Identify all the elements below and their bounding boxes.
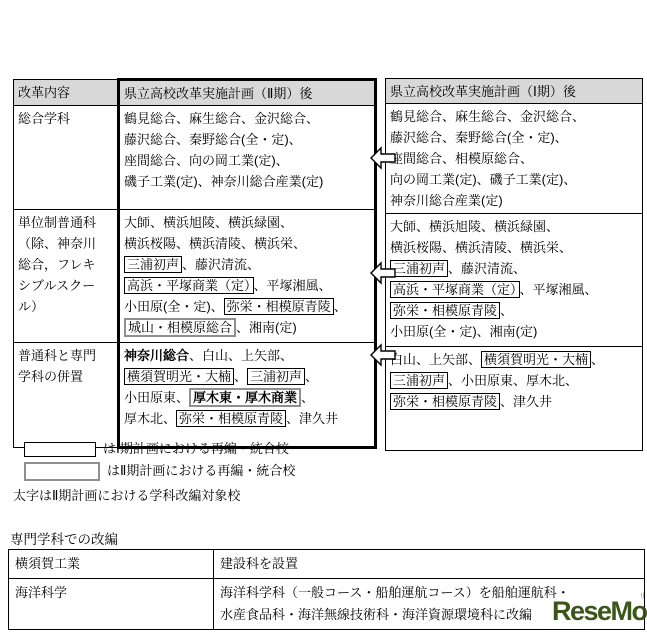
text-line: 神奈川総合、白山、上矢部、: [124, 345, 370, 366]
text-line: 弥栄・相模原青陵、: [390, 300, 638, 321]
boxed-school-phase2: 城山・相模原総合: [124, 318, 236, 337]
school-list-text: 鶴見総合、麻生総合、金沢総合、: [124, 111, 319, 126]
school-list-text: 神奈川総合産業(定): [390, 193, 503, 208]
text-line: 小田原(全・定)、弥栄・相模原青陵、: [124, 296, 370, 317]
header-reform-content: 改革内容: [14, 80, 119, 106]
reform-row: 単位制普通科（除、神奈川総合，フレキシブルスクール）大師、横浜旭陵、横浜緑園、横…: [14, 210, 376, 343]
left-arrow-icon: [369, 259, 396, 287]
category-text: 総合，フレキ: [18, 254, 113, 275]
detail-text: 建設科を設置: [220, 553, 638, 575]
school-list-text: 大師、横浜旭陵、横浜緑園、: [124, 215, 293, 230]
resemom-watermark: リセマム ReseMom.: [552, 596, 647, 627]
legend-phase1: はⅠ期計画における再編・統合校: [24, 440, 289, 458]
school-list-text: 白山、上矢部、: [390, 352, 481, 367]
specialized-section-title: 専門学科での改編: [10, 528, 118, 548]
school-list-text: 、小田原東、厚木北、: [448, 373, 578, 388]
school-list-text: 座間総合、相模原総合、: [390, 151, 533, 166]
school-list-text: 、: [234, 369, 247, 384]
school-list-text: 小田原(全・定)、湘南(定): [390, 324, 537, 339]
school-list-text: 大師、横浜旭陵、横浜緑園、: [390, 219, 559, 234]
boxed-school-phase1: 三浦初声: [247, 368, 305, 385]
text-line: 神奈川総合産業(定): [390, 190, 638, 211]
header-phase2-plan: 県立高校改革実施計画（Ⅱ期）後: [119, 80, 376, 106]
phase1-cell: 鶴見総合、麻生総合、金沢総合、藤沢総合、秦野総合(全・定)、座間総合、相模原総合…: [386, 104, 643, 214]
boxed-school-phase1: 三浦初声: [390, 260, 448, 277]
text-line: 鶴見総合、麻生総合、金沢総合、: [124, 108, 370, 129]
boxed-school-phase1: 三浦初声: [124, 256, 182, 273]
text-line: 白山、上矢部、横須賀明光・大楠、: [390, 349, 638, 370]
school-list-text: 、: [334, 299, 347, 314]
school-list-text: 鶴見総合、麻生総合、金沢総合、: [390, 109, 585, 124]
category-text: 普通科と専門: [18, 345, 113, 366]
left-arrow-icon: [369, 144, 396, 172]
text-line: 城山・相模原総合、湘南(定): [124, 317, 370, 338]
table-header-row: 改革内容 県立高校改革実施計画（Ⅱ期）後: [14, 80, 376, 106]
text-line: 厚木北、弥栄・相模原青陵、津久井: [124, 408, 370, 429]
school-list-text: 、平塚湘風、: [520, 282, 598, 297]
left-arrow-icon: [369, 341, 396, 369]
text-line: 高浜・平塚商業（定）、平塚湘風、: [390, 279, 638, 300]
text-line: 三浦初声、小田原東、厚木北、: [390, 370, 638, 391]
school-list-text: 、白山、上矢部、: [189, 348, 293, 363]
text-line: 小田原(全・定)、湘南(定): [390, 321, 638, 342]
boxed-school-phase1: 弥栄・相模原青陵: [176, 410, 286, 427]
text-line: 磯子工業(定)、神奈川総合産業(定): [124, 171, 370, 192]
category-cell: 普通科と専門学科の併置: [14, 343, 119, 448]
phase1-cell: 大師、横浜旭陵、横浜緑園、横浜桜陽、横浜清陵、横浜栄、三浦初声、藤沢清流、高浜・…: [386, 214, 643, 347]
school-list-text: 、: [305, 369, 318, 384]
text-line: 大師、横浜旭陵、横浜緑園、: [124, 212, 370, 233]
school-list-text: 、: [301, 390, 314, 405]
boxed-school-phase1: 横須賀明光・大楠: [124, 368, 234, 385]
legend-phase2: はⅡ期計画における再編・統合校: [24, 462, 295, 480]
phase2-cell: 神奈川総合、白山、上矢部、横須賀明光・大楠、三浦初声、小田原東、厚木東・厚木商業…: [119, 343, 376, 448]
boxed-bold-school-phase2: 厚木東・厚木商業: [189, 388, 301, 407]
header-phase1-plan: 県立高校改革実施計画（Ⅰ期）後: [386, 79, 643, 104]
school-list-text: 藤沢総合、秦野総合(全・定)、: [124, 132, 302, 147]
school-list-text: 、: [591, 352, 604, 367]
text-line: 三浦初声、藤沢清流、: [390, 258, 638, 279]
school-list-text: 藤沢総合、秦野総合(全・定)、: [390, 130, 568, 145]
category-cell: 総合学科: [14, 106, 119, 210]
legend-phase1-label: はⅠ期計画における再編・統合校: [103, 440, 289, 458]
text-line: 鶴見総合、麻生総合、金沢総合、: [390, 106, 638, 127]
school-list-text: 座間総合、向の岡工業(定)、: [124, 153, 289, 168]
text-line: 藤沢総合、秦野総合(全・定)、: [390, 127, 638, 148]
school-list-text: 向の岡工業(定)、磯子工業(定)、: [390, 172, 576, 187]
document-page: 改革内容 県立高校改革実施計画（Ⅱ期）後 総合学科鶴見総合、麻生総合、金沢総合、…: [0, 0, 647, 638]
text-line: 座間総合、向の岡工業(定)、: [124, 150, 370, 171]
reform-row: 白山、上矢部、横須賀明光・大楠、三浦初声、小田原東、厚木北、弥栄・相模原青陵、津…: [386, 347, 643, 451]
phase2-cell: 大師、横浜旭陵、横浜緑園、横浜桜陽、横浜清陵、横浜栄、三浦初声、藤沢清流、高浜・…: [119, 210, 376, 343]
category-cell: 単位制普通科（除、神奈川総合，フレキシブルスクール）: [14, 210, 119, 343]
bold-school-name: 神奈川総合: [124, 348, 189, 363]
phase2-cell: 鶴見総合、麻生総合、金沢総合、藤沢総合、秦野総合(全・定)、座間総合、向の岡工業…: [119, 106, 376, 210]
reform-row: 大師、横浜旭陵、横浜緑園、横浜桜陽、横浜清陵、横浜栄、三浦初声、藤沢清流、高浜・…: [386, 214, 643, 347]
specialized-row: 海洋科学海洋科学科（一般コース・船舶運航コース）を船舶運航科・水産食品科・海洋無…: [9, 579, 645, 630]
text-line: 高浜・平塚商業（定）、平塚湘風、: [124, 275, 370, 296]
specialized-school-cell: 海洋科学: [9, 579, 214, 630]
school-list-text: 、湘南(定): [236, 320, 297, 335]
boxed-school-phase1: 横須賀明光・大楠: [481, 351, 591, 368]
reform-row: 総合学科鶴見総合、麻生総合、金沢総合、藤沢総合、秦野総合(全・定)、座間総合、向…: [14, 106, 376, 210]
text-line: 向の岡工業(定)、磯子工業(定)、: [390, 169, 638, 190]
specialized-detail-cell: 建設科を設置: [214, 550, 645, 579]
reform-row: 普通科と専門学科の併置神奈川総合、白山、上矢部、横須賀明光・大楠、三浦初声、小田…: [14, 343, 376, 448]
phase1-cell: 白山、上矢部、横須賀明光・大楠、三浦初声、小田原東、厚木北、弥栄・相模原青陵、津…: [386, 347, 643, 451]
school-list-text: 、藤沢清流、: [448, 261, 526, 276]
reform-row: 鶴見総合、麻生総合、金沢総合、藤沢総合、秦野総合(全・定)、座間総合、相模原総合…: [386, 104, 643, 214]
text-line: 弥栄・相模原青陵、津久井: [390, 391, 638, 412]
school-list-text: 厚木北、: [124, 411, 176, 426]
school-list-text: 、: [500, 303, 513, 318]
category-text: ル）: [18, 296, 113, 317]
category-text: （除、神奈川: [18, 233, 113, 254]
legend-phase2-label: はⅡ期計画における再編・統合校: [107, 462, 295, 480]
school-list-text: 磯子工業(定)、神奈川総合産業(定): [124, 174, 323, 189]
resemom-logo: ReseMom.: [552, 596, 647, 626]
boxed-school-phase1: 弥栄・相模原青陵: [390, 393, 500, 410]
school-list-text: 横浜桜陽、横浜清陵、横浜栄、: [390, 240, 572, 255]
boxed-school-phase1: 高浜・平塚商業（定）: [124, 277, 254, 294]
category-text: 学科の併置: [18, 366, 113, 387]
phase2-box-sample: [24, 462, 100, 481]
school-list-text: 小田原東、: [124, 390, 189, 405]
phase1-box-sample: [24, 442, 96, 457]
text-line: 藤沢総合、秦野総合(全・定)、: [124, 129, 370, 150]
category-text: 単位制普通科: [18, 212, 113, 233]
legend-bold-label: 太字はⅡ期計画における学科改編対象校: [13, 487, 240, 505]
school-list-text: 、藤沢清流、: [182, 257, 260, 272]
text-line: 大師、横浜旭陵、横浜緑園、: [390, 216, 638, 237]
text-line: 横須賀明光・大楠、三浦初声、: [124, 366, 370, 387]
text-line: 小田原東、厚木東・厚木商業、: [124, 387, 370, 408]
specialized-school-cell: 横須賀工業: [9, 550, 214, 579]
category-text: シブルスクー: [18, 275, 113, 296]
category-text: 総合学科: [18, 108, 113, 129]
school-list-text: 、津久井: [286, 411, 338, 426]
text-line: 三浦初声、藤沢清流、: [124, 254, 370, 275]
specialized-row: 横須賀工業建設科を設置: [9, 550, 645, 579]
reform-table-phase1: 県立高校改革実施計画（Ⅰ期）後 鶴見総合、麻生総合、金沢総合、藤沢総合、秦野総合…: [385, 78, 643, 451]
table-header-row: 県立高校改革実施計画（Ⅰ期）後: [386, 79, 643, 104]
watermark-ruby: リセマム: [639, 591, 647, 601]
text-line: 横浜桜陽、横浜清陵、横浜栄、: [390, 237, 638, 258]
boxed-school-phase1: 弥栄・相模原青陵: [390, 302, 500, 319]
boxed-school-phase1: 三浦初声: [390, 372, 448, 389]
boxed-school-phase1: 弥栄・相模原青陵: [224, 298, 334, 315]
school-list-text: 横浜桜陽、横浜清陵、横浜栄、: [124, 236, 306, 251]
boxed-school-phase1: 高浜・平塚商業（定）: [390, 281, 520, 298]
reform-table-phase2: 改革内容 県立高校改革実施計画（Ⅱ期）後 総合学科鶴見総合、麻生総合、金沢総合、…: [13, 78, 377, 449]
school-list-text: 、津久井: [500, 394, 552, 409]
school-list-text: 、平塚湘風、: [254, 278, 332, 293]
school-list-text: 小田原(全・定)、: [124, 299, 224, 314]
specialized-reform-table: 横須賀工業建設科を設置海洋科学海洋科学科（一般コース・船舶運航コース）を船舶運航…: [8, 549, 645, 630]
text-line: 座間総合、相模原総合、: [390, 148, 638, 169]
text-line: 横浜桜陽、横浜清陵、横浜栄、: [124, 233, 370, 254]
